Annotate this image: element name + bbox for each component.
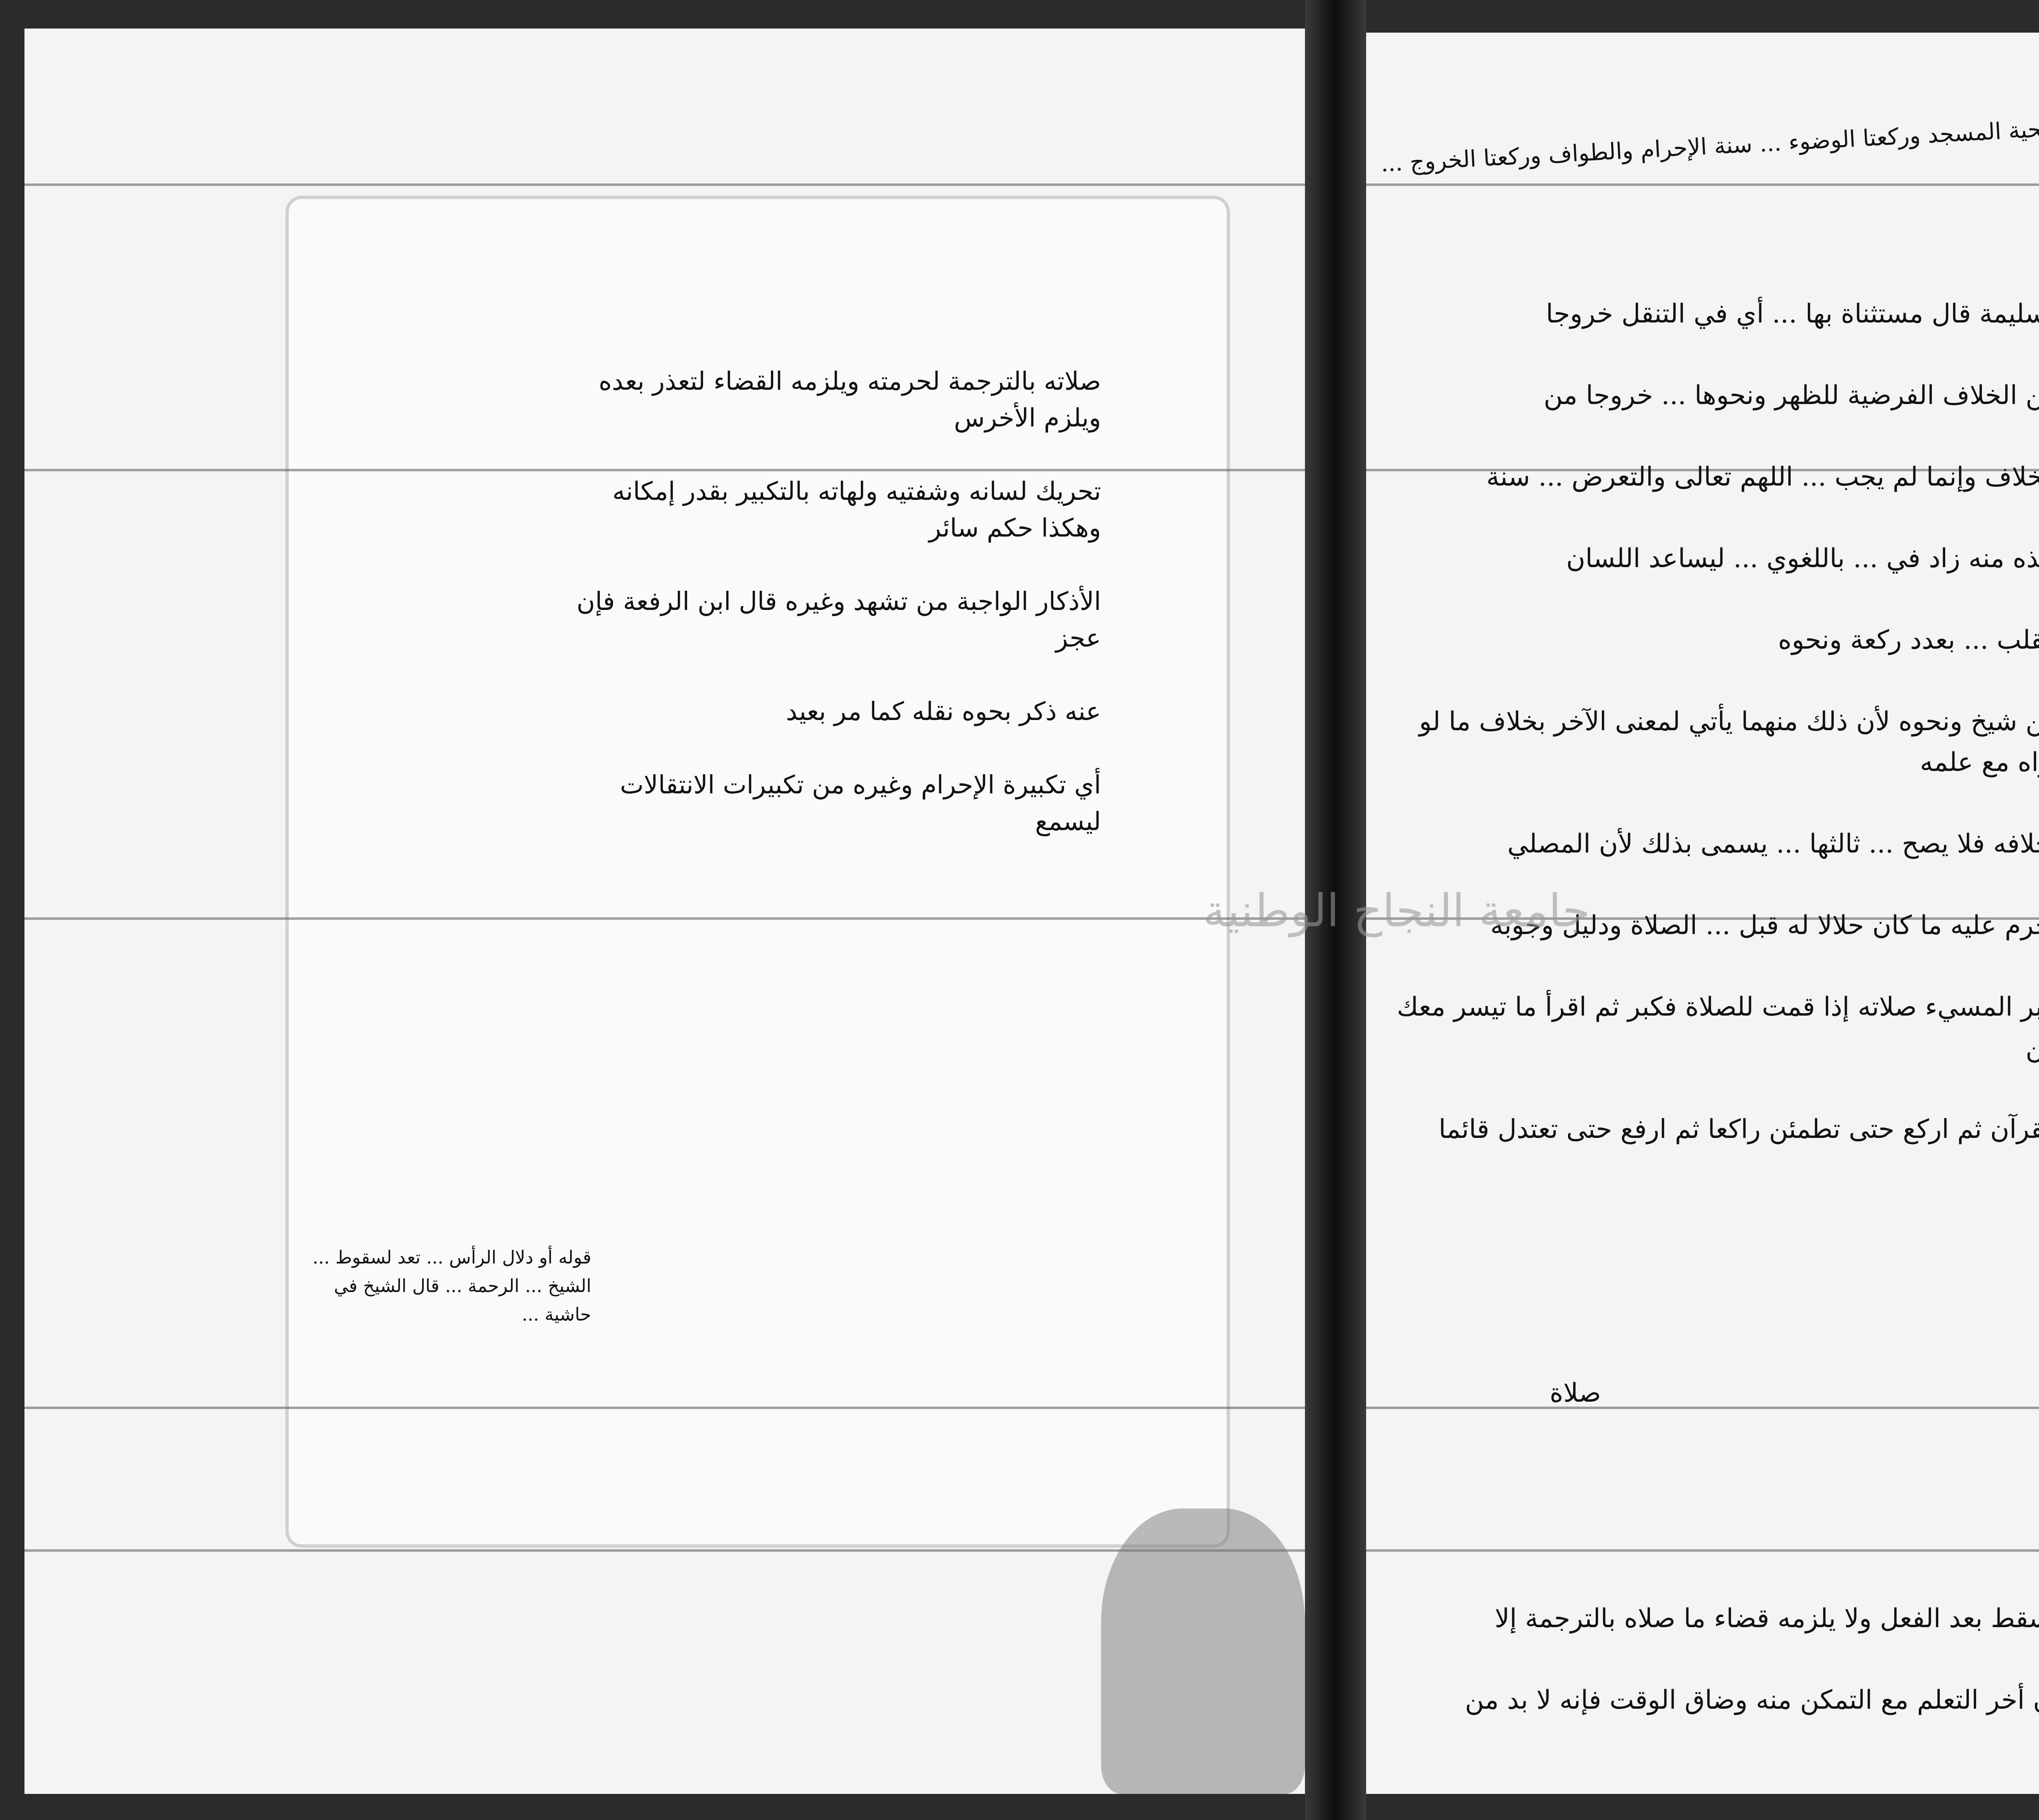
margin-note: قوله أو دلال الرأس ... تعد لسقوط ... الش…	[306, 1244, 591, 1329]
watermark: جامعة النجاح الوطنية	[1203, 885, 1590, 937]
text-line: عنه ذكر بحوه نقله كما مر بعيد	[571, 693, 1101, 730]
left-page-text: صلاته بالترجمة لحرمته ويلزمه القضاء لتعذ…	[571, 326, 1101, 877]
text-line: القرآن ثم اركع حتى تطمئن راكعا ثم ارفع ح…	[1387, 1109, 2039, 1150]
text-line: بهذه منه زاد في ... باللغوي ... ليساعد ا…	[1387, 538, 2039, 579]
text-line: من الخلاف الفرضية للظهر ونحوها ... خروجا…	[1387, 375, 2039, 416]
text-line: تحريك لسانه وشفتيه ولهاته بالتكبير بقدر …	[571, 473, 1101, 546]
text-line: يسقط بعد الفعل ولا يلزمه قضاء ما صلاه با…	[1387, 1598, 2039, 1639]
thumb-shadow	[1101, 1509, 1305, 1794]
text-line: بخلافه فلا يصح ... ثالثها ... يسمى بذلك …	[1387, 824, 2039, 864]
text-line: من شيخ ونحوه لأن ذلك منهما يأتي لمعنى ال…	[1387, 701, 2039, 783]
text-line: القلب ... بعدد ركعة ونحوه	[1387, 620, 2039, 660]
text-line: خبر المسيء صلاته إذا قمت للصلاة فكبر ثم …	[1387, 987, 2039, 1068]
text-line: أي تكبيرة الإحرام وغيره من تكبيرات الانت…	[571, 766, 1101, 840]
right-page-text: وسليمة قال مستثناة بها ... أي في التنقل …	[1387, 253, 2039, 1761]
text-line: صلاته بالترجمة لحرمته ويلزمه القضاء لتعذ…	[571, 363, 1101, 436]
ruling-line	[24, 183, 2039, 186]
text-line: إن أخر التعلم مع التمكن منه وضاق الوقت ف…	[1387, 1680, 2039, 1721]
text-line: الأذكار الواجبة من تشهد وغيره قال ابن ال…	[571, 583, 1101, 656]
catchword: صلاة	[1550, 1378, 1601, 1408]
text-line: وسليمة قال مستثناة بها ... أي في التنقل …	[1387, 294, 2039, 334]
text-line: الخلاف وإنما لم يجب ... اللهم تعالى والت…	[1387, 457, 2039, 497]
